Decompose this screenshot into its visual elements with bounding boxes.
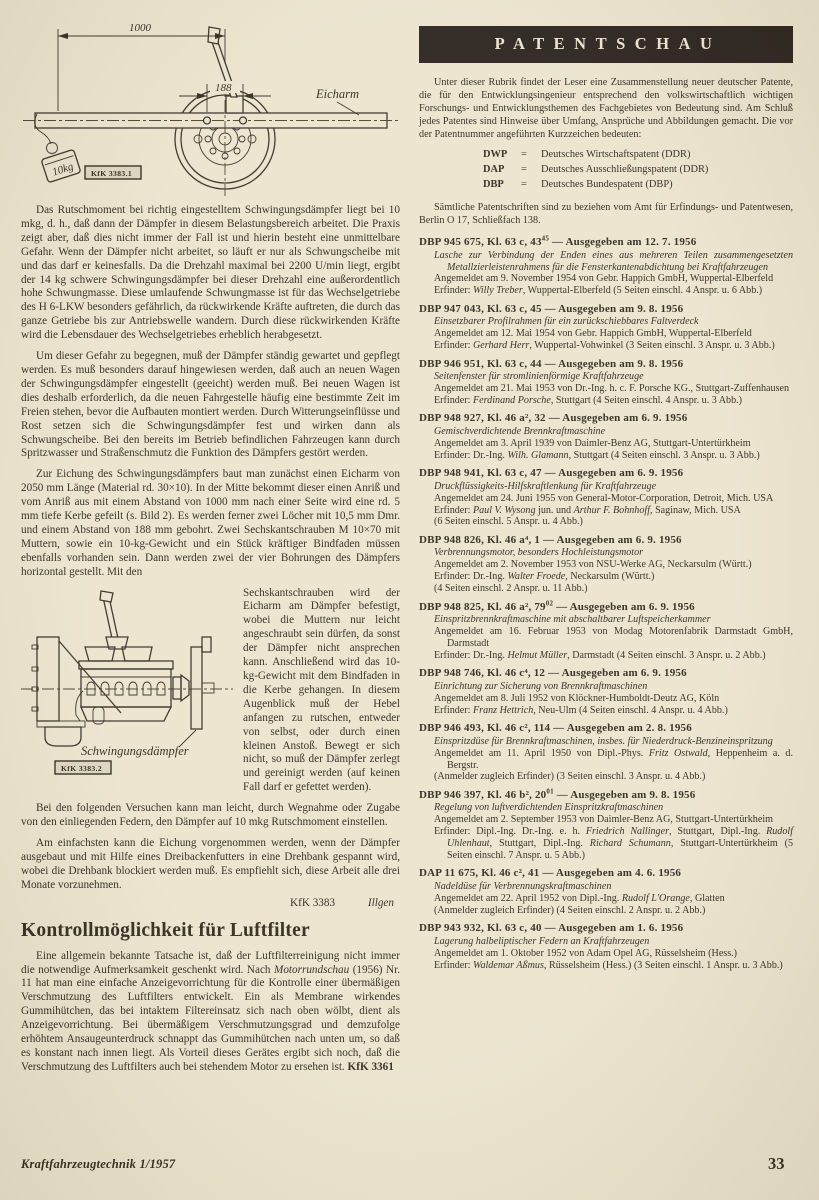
- patent-entry: DBP 943 932, Kl. 63 c, 40 — Ausgegeben a…: [419, 922, 793, 971]
- bar-hole-right: [240, 117, 247, 124]
- text-run: , Wuppertal-Elberfeld (5 Seiten einschl.…: [523, 285, 762, 296]
- text-run: Walter Froede: [507, 571, 565, 582]
- text-run: Um dieser Gefahr zu begegnen, muß der Dä…: [21, 350, 400, 459]
- section-heading-luftfilter: Kontrollmöglichkeit für Luftfilter: [21, 920, 400, 942]
- patent-issue-date: — Ausgegeben am 1. 6. 1956: [542, 922, 684, 934]
- patentschau-note: Sämtliche Patentschriften sind zu bezieh…: [419, 201, 793, 227]
- text-run: Erfinder: Dr.-Ing.: [434, 650, 507, 661]
- patent-detail-line: (Anmelder zugleich Erfinder) (4 Seiten e…: [419, 905, 793, 917]
- patent-detail-line: (6 Seiten einschl. 5 Anspr. u. 4 Abb.): [419, 516, 793, 528]
- text-run: , Stuttgart, Dipl.-Ing.: [490, 838, 590, 849]
- text-run: Zur Eichung des Schwingungsdämpfers baut…: [21, 468, 400, 577]
- figure2-tag-label: KfK 3383.2: [61, 764, 102, 773]
- patent-detail-line: Angemeldet am 12. Mai 1954 von Gebr. Hap…: [419, 328, 793, 340]
- text-run: Angemeldet am 2. September 1953 von Daim…: [434, 814, 773, 825]
- text-run: Wilh. Glamann: [507, 450, 568, 461]
- engine-block: [76, 647, 173, 724]
- patent-header: DBP 946 493, Kl. 46 c², 114 — Ausgegeben…: [419, 722, 793, 736]
- patent-detail-line: Erfinder: Dr.-Ing. Wilh. Glamann, Stuttg…: [419, 450, 793, 462]
- patent-title: Nadeldüse für Verbrennungskraftmaschinen: [419, 881, 793, 893]
- journal-page: { "colors":{"paper":"#ece4ce","ink":"#33…: [0, 0, 819, 1200]
- patent-number: DBP 946 951, Kl. 63 c, 44: [419, 358, 542, 370]
- patent-detail-line: Angemeldet am 9. November 1954 von Gebr.…: [419, 273, 793, 285]
- patent-detail-line: Angemeldet am 22. April 1952 von Dipl.-I…: [419, 893, 793, 905]
- engine-lever: [100, 591, 128, 649]
- patent-number: DAP 11 675, Kl. 46 c², 41: [419, 867, 539, 879]
- text-run: Erfinder:: [434, 395, 473, 406]
- patent-detail-line: Angemeldet am 2. November 1953 von NSU-W…: [419, 559, 793, 571]
- patent-number: DBP 947 043, Kl. 63 c, 45: [419, 303, 542, 315]
- patent-number: DBP 943 932, Kl. 63 c, 40: [419, 922, 542, 934]
- abbr-meaning: Deutsches Wirtschaftspatent (DDR): [541, 149, 690, 160]
- credit-author: Illgen: [368, 897, 394, 909]
- patent-entry: DBP 946 493, Kl. 46 c², 114 — Ausgegeben…: [419, 722, 793, 783]
- patent-number: DBP 946 397, Kl. 46 b², 20: [419, 789, 546, 801]
- damper-disc: [173, 637, 214, 729]
- patent-detail-line: (4 Seiten einschl. 2 Anspr. u. 11 Abb.): [419, 583, 793, 595]
- patent-detail-line: Erfinder: Willy Treber, Wuppertal-Elberf…: [419, 285, 793, 297]
- text-run: (6 Seiten einschl. 5 Anspr. u. 4 Abb.): [434, 516, 583, 527]
- patent-entry: DBP 946 397, Kl. 46 b², 2001 — Ausgegebe…: [419, 789, 793, 862]
- page-number: 33: [768, 1154, 785, 1174]
- right-column: PATENTSCHAU Unter dieser Rubrik findet d…: [419, 26, 793, 977]
- patent-issue-date: — Ausgegeben am 6. 9. 1956: [542, 467, 684, 479]
- text-run: Motorrundschau: [274, 964, 349, 976]
- patent-detail-line: Angemeldet am 11. April 1950 von Dipl.-P…: [419, 748, 793, 772]
- patent-entry: DBP 948 826, Kl. 46 a⁴, 1 — Ausgegeben a…: [419, 534, 793, 595]
- text-run: Angemeldet am 22. April 1952 von Dipl.-I…: [434, 893, 622, 904]
- text-run: , Stuttgart (4 Seiten einschl. 3 Anspr. …: [569, 450, 760, 461]
- patent-detail-line: (Anmelder zugleich Erfinder) (3 Seiten e…: [419, 771, 793, 783]
- patent-header: DBP 948 825, Kl. 46 a², 7902 — Ausgegebe…: [419, 601, 793, 615]
- text-run: , Darmstadt (4 Seiten einschl. 3 Anspr. …: [567, 650, 766, 661]
- abbreviation-row: DBP=Deutsches Bundespatent (DBP): [483, 177, 793, 192]
- article-credit: KfK 3383 Illgen: [21, 897, 394, 909]
- patent-detail-line: Angemeldet am 16. Februar 1953 von Modag…: [419, 626, 793, 650]
- patent-title: Einspritzdüse für Brennkraftmaschinen, i…: [419, 736, 793, 748]
- patent-number: DBP 948 927, Kl. 46 a², 32: [419, 412, 546, 424]
- text-run: Angemeldet am 8. Juli 1952 von Klöckner-…: [434, 693, 719, 704]
- text-run: Erfinder: Dr.-Ing.: [434, 450, 507, 461]
- patent-entry: DBP 946 951, Kl. 63 c, 44 — Ausgegeben a…: [419, 358, 793, 407]
- text-run: (Anmelder zugleich Erfinder) (3 Seiten e…: [434, 771, 705, 782]
- journal-footer: Kraftfahrzeugtechnik 1/1957: [21, 1157, 175, 1172]
- patentschau-banner: PATENTSCHAU: [419, 26, 793, 63]
- patent-number: DBP 948 941, Kl. 63 c, 47: [419, 467, 542, 479]
- text-run: Erfinder:: [434, 960, 473, 971]
- text-run: Waldemar Aßmus: [473, 960, 544, 971]
- text-run: Angemeldet am 9. November 1954 von Gebr.…: [434, 273, 773, 284]
- text-run: Das Rutschmoment bei richtig eingestellt…: [21, 204, 400, 341]
- text-run: (1956) Nr. 11 hat man eine einfache Anze…: [21, 964, 400, 1073]
- patent-issue-date: — Ausgegeben am 2. 8. 1956: [550, 722, 692, 734]
- text-run: Friedrich Nallinger: [586, 826, 669, 837]
- patent-header: DBP 946 951, Kl. 63 c, 44 — Ausgegeben a…: [419, 358, 793, 372]
- paragraph-eichung-text-wrap: Sechskantschrauben wird der Eicharm am D…: [243, 587, 400, 794]
- patent-detail-line: Erfinder: Waldemar Aßmus, Rüsselsheim (H…: [419, 960, 793, 972]
- patent-issue-date: — Ausgegeben am 6. 9. 1956: [545, 667, 687, 679]
- text-run: Erfinder:: [434, 285, 473, 296]
- patent-issue-date: — Ausgegeben am 6. 9. 1956: [553, 601, 695, 613]
- lever: [208, 27, 243, 113]
- patent-issue-date: — Ausgegeben am 6. 9. 1956: [540, 534, 682, 546]
- figure2-tag: KfK 3383.2: [55, 761, 111, 774]
- patent-title: Druckflüssigkeits-Hilfskraftlenkung für …: [419, 481, 793, 493]
- text-run: , Neckarsulm (Württ.): [565, 571, 654, 582]
- text-run: Richard Schumann: [590, 838, 671, 849]
- patent-entry: DBP 945 675, Kl. 63 c, 4345 — Ausgegeben…: [419, 236, 793, 297]
- text-run: , Stuttgart (4 Seiten einschl. 4 Anspr. …: [551, 395, 742, 406]
- patent-number: DBP 946 493, Kl. 46 c², 114: [419, 722, 550, 734]
- text-run: , Wuppertal-Vohwinkel (3 Seiten einschl.…: [529, 340, 774, 351]
- figure1-tag: KfK 3383.1: [85, 166, 141, 179]
- patent-number: DBP 948 746, Kl. 46 c⁴, 12: [419, 667, 545, 679]
- text-run: , Glatten: [690, 893, 725, 904]
- patent-issue-date: — Ausgegeben am 9. 8. 1956: [554, 789, 696, 801]
- text-run: Erfinder:: [434, 705, 473, 716]
- patent-detail-line: Erfinder: Gerhard Herr, Wuppertal-Vohwin…: [419, 340, 793, 352]
- text-run: Angemeldet am 11. April 1950 von Dipl.-P…: [434, 748, 649, 759]
- paragraph-rutschmoment: Das Rutschmoment bei richtig eingestellt…: [21, 204, 400, 343]
- patent-class-superscript: 01: [546, 787, 553, 795]
- paragraph-wartung: Um dieser Gefahr zu begegnen, muß der Dä…: [21, 350, 400, 461]
- patent-detail-line: Angemeldet am 8. Juli 1952 von Klöckner-…: [419, 693, 793, 705]
- patent-header: DBP 945 675, Kl. 63 c, 4345 — Ausgegeben…: [419, 236, 793, 250]
- patent-detail-line: Angemeldet am 2. September 1953 von Daim…: [419, 814, 793, 826]
- eicharm-label: Eicharm: [315, 87, 359, 101]
- abbreviation-list: DWP=Deutsches Wirtschaftspatent (DDR)DAP…: [483, 147, 793, 192]
- patent-detail-line: Erfinder: Paul V. Wysong jun. und Arthur…: [419, 505, 793, 517]
- paragraph-eichung-continued: Schwingungsdämpfer KfK 3383.2 Sechskants…: [21, 587, 400, 796]
- text-run: , Rüsselsheim (Hess.) (3 Seiten einschl.…: [544, 960, 783, 971]
- text-run: Am einfachsten kann die Eichung vorgenom…: [21, 837, 400, 891]
- patent-class-superscript: 45: [542, 234, 549, 242]
- abbr: DAP: [483, 162, 521, 177]
- text-run: Erfinder:: [434, 340, 473, 351]
- text-run: Angemeldet am 1. Oktober 1952 von Adam O…: [434, 948, 737, 959]
- paragraph-eichung: Zur Eichung des Schwingungsdämpfers baut…: [21, 468, 400, 579]
- dimension-188-label: 188: [215, 82, 232, 94]
- text-run: jun. und: [536, 505, 574, 516]
- abbr-eq: =: [521, 177, 541, 192]
- patent-detail-line: Erfinder: Franz Hettrich, Neu-Ulm (4 Sei…: [419, 705, 793, 717]
- text-run: , Stuttgart, Dipl.-Ing.: [669, 826, 766, 837]
- text-run: Angemeldet am 24. Juni 1955 von General-…: [434, 493, 773, 504]
- patent-title: Lagerung halbeliptischer Federn an Kraft…: [419, 936, 793, 948]
- patent-issue-date: — Ausgegeben am 9. 8. 1956: [542, 303, 684, 315]
- text-run: Helmut Müller: [507, 650, 567, 661]
- patent-issue-date: — Ausgegeben am 6. 9. 1956: [546, 412, 688, 424]
- abbr: DBP: [483, 177, 521, 192]
- paragraph-federn: Bei den folgenden Versuchen kann man lei…: [21, 802, 400, 830]
- text-run: Angemeldet am 2. November 1953 von NSU-W…: [434, 559, 752, 570]
- abbr-eq: =: [521, 162, 541, 177]
- text-run: Erfinder:: [434, 505, 473, 516]
- patent-entry: DBP 948 927, Kl. 46 a², 32 — Ausgegeben …: [419, 412, 793, 461]
- text-run: (Anmelder zugleich Erfinder) (4 Seiten e…: [434, 905, 705, 916]
- patent-header: DBP 948 826, Kl. 46 a⁴, 1 — Ausgegeben a…: [419, 534, 793, 548]
- patent-title: Regelung von luftverdichtenden Einspritz…: [419, 802, 793, 814]
- patent-entry: DBP 948 941, Kl. 63 c, 47 — Ausgegeben a…: [419, 467, 793, 528]
- text-run: Franz Hettrich: [473, 705, 533, 716]
- patent-issue-date: — Ausgegeben am 4. 6. 1956: [539, 867, 681, 879]
- patentschau-intro: Unter dieser Rubrik findet der Leser ein…: [419, 76, 793, 141]
- patent-detail-line: Erfinder: Dr.-Ing. Walter Froede, Neckar…: [419, 571, 793, 583]
- patent-list: DBP 945 675, Kl. 63 c, 4345 — Ausgegeben…: [419, 236, 793, 972]
- dimension-1000-label: 1000: [129, 22, 152, 34]
- text-run: Angemeldet am 21. Mai 1953 von Dr.-Ing. …: [434, 383, 789, 394]
- text-run: KfK 3361: [345, 1061, 394, 1073]
- paragraph-luftfilter: Eine allgemein bekannte Tatsache ist, da…: [21, 950, 400, 1075]
- text-run: , Neu-Ulm (4 Seiten einschl. 4 Anspr. u.…: [533, 705, 728, 716]
- credit-code: KfK 3383: [290, 897, 335, 909]
- text-run: Sechskantschrauben wird der Eicharm am D…: [243, 587, 400, 794]
- patent-header: DBP 948 746, Kl. 46 c⁴, 12 — Ausgegeben …: [419, 667, 793, 681]
- patent-detail-line: Erfinder: Ferdinand Porsche, Stuttgart (…: [419, 395, 793, 407]
- patent-detail-line: Erfinder: Dipl.-Ing. Dr.-Ing. e. h. Frie…: [419, 826, 793, 862]
- bar-hole-left: [204, 117, 211, 124]
- abbreviation-row: DAP=Deutsches Ausschließungspatent (DDR): [483, 162, 793, 177]
- abbr-meaning: Deutsches Bundespatent (DBP): [541, 179, 673, 190]
- patent-header: DBP 943 932, Kl. 63 c, 40 — Ausgegeben a…: [419, 922, 793, 936]
- text-run: Bei den folgenden Versuchen kann man lei…: [21, 802, 400, 828]
- patent-entry: DBP 947 043, Kl. 63 c, 45 — Ausgegeben a…: [419, 303, 793, 352]
- figure-engine-diagram: Schwingungsdämpfer KfK 3383.2: [21, 589, 233, 787]
- abbr-eq: =: [521, 147, 541, 162]
- patent-title: Einrichtung zur Sicherung von Brennkraft…: [419, 681, 793, 693]
- text-run: Angemeldet am 3. April 1939 von Daimler-…: [434, 438, 751, 449]
- abbr-meaning: Deutsches Ausschließungspatent (DDR): [541, 164, 708, 175]
- patent-entry: DAP 11 675, Kl. 46 c², 41 — Ausgegeben a…: [419, 867, 793, 916]
- text-run: Angemeldet am 16. Februar 1953 von Modag…: [434, 626, 793, 649]
- text-run: Erfinder: Dr.-Ing.: [434, 571, 507, 582]
- text-run: Ferdinand Porsche: [473, 395, 551, 406]
- patent-header: DBP 947 043, Kl. 63 c, 45 — Ausgegeben a…: [419, 303, 793, 317]
- patent-detail-line: Angemeldet am 3. April 1939 von Daimler-…: [419, 438, 793, 450]
- patent-detail-line: Angemeldet am 1. Oktober 1952 von Adam O…: [419, 948, 793, 960]
- patent-header: DBP 948 941, Kl. 63 c, 47 — Ausgegeben a…: [419, 467, 793, 481]
- text-run: Gerhard Herr: [473, 340, 529, 351]
- patent-issue-date: — Ausgegeben am 9. 8. 1956: [542, 358, 684, 370]
- patent-number: DBP 948 826, Kl. 46 a⁴, 1: [419, 534, 540, 546]
- text-run: Rudolf L'Orange: [622, 893, 690, 904]
- paragraph-drehbank: Am einfachsten kann die Eichung vorgenom…: [21, 837, 400, 893]
- text-run: Willy Treber: [473, 285, 523, 296]
- text-run: Fritz Ostwald: [649, 748, 708, 759]
- patent-title: Verbrennungsmotor, besonders Hochleistun…: [419, 547, 793, 559]
- patent-header: DAP 11 675, Kl. 46 c², 41 — Ausgegeben a…: [419, 867, 793, 881]
- left-column: 1000 188 Eicharm 10kg: [21, 6, 400, 1082]
- patent-number: DBP 945 675, Kl. 63 c, 43: [419, 236, 542, 248]
- patent-entry: DBP 948 825, Kl. 46 a², 7902 — Ausgegebe…: [419, 601, 793, 662]
- patent-title: Seitenfenster für stromlinienförmige Kra…: [419, 371, 793, 383]
- patent-detail-line: Angemeldet am 21. Mai 1953 von Dr.-Ing. …: [419, 383, 793, 395]
- text-run: Arthur F. Bohnhoff: [574, 505, 650, 516]
- mounting-plate: [32, 637, 121, 746]
- patent-detail-line: Erfinder: Dr.-Ing. Helmut Müller, Darmst…: [419, 650, 793, 662]
- patent-header: DBP 946 397, Kl. 46 b², 2001 — Ausgegebe…: [419, 789, 793, 803]
- patent-title: Gemischverdichtende Brennkraftmaschine: [419, 426, 793, 438]
- abbreviation-row: DWP=Deutsches Wirtschaftspatent (DDR): [483, 147, 793, 162]
- text-run: , Saginaw, Mich. USA: [650, 505, 741, 516]
- schwingungsdaempfer-label: Schwingungsdämpfer: [81, 744, 189, 758]
- patent-entry: DBP 948 746, Kl. 46 c⁴, 12 — Ausgegeben …: [419, 667, 793, 716]
- patent-title: Einspritzbrennkraftmaschine mit abschalt…: [419, 614, 793, 626]
- patent-title: Lasche zur Verbindung der Enden eines au…: [419, 250, 793, 274]
- patent-issue-date: — Ausgegeben am 12. 7. 1956: [549, 236, 696, 248]
- patent-header: DBP 948 927, Kl. 46 a², 32 — Ausgegeben …: [419, 412, 793, 426]
- patent-number: DBP 948 825, Kl. 46 a², 79: [419, 601, 546, 613]
- text-run: Angemeldet am 12. Mai 1954 von Gebr. Hap…: [434, 328, 752, 339]
- abbr: DWP: [483, 147, 521, 162]
- text-run: Paul V. Wysong: [473, 505, 536, 516]
- patent-detail-line: Angemeldet am 24. Juni 1955 von General-…: [419, 493, 793, 505]
- patent-title: Einsetzbarer Profilrahmen für ein zurück…: [419, 316, 793, 328]
- text-run: Erfinder: Dipl.-Ing. Dr.-Ing. e. h.: [434, 826, 586, 837]
- figure1-tag-label: KfK 3383.1: [91, 169, 132, 178]
- figure-eicharm-diagram: 1000 188 Eicharm 10kg: [21, 6, 400, 198]
- text-run: (4 Seiten einschl. 2 Anspr. u. 11 Abb.): [434, 583, 588, 594]
